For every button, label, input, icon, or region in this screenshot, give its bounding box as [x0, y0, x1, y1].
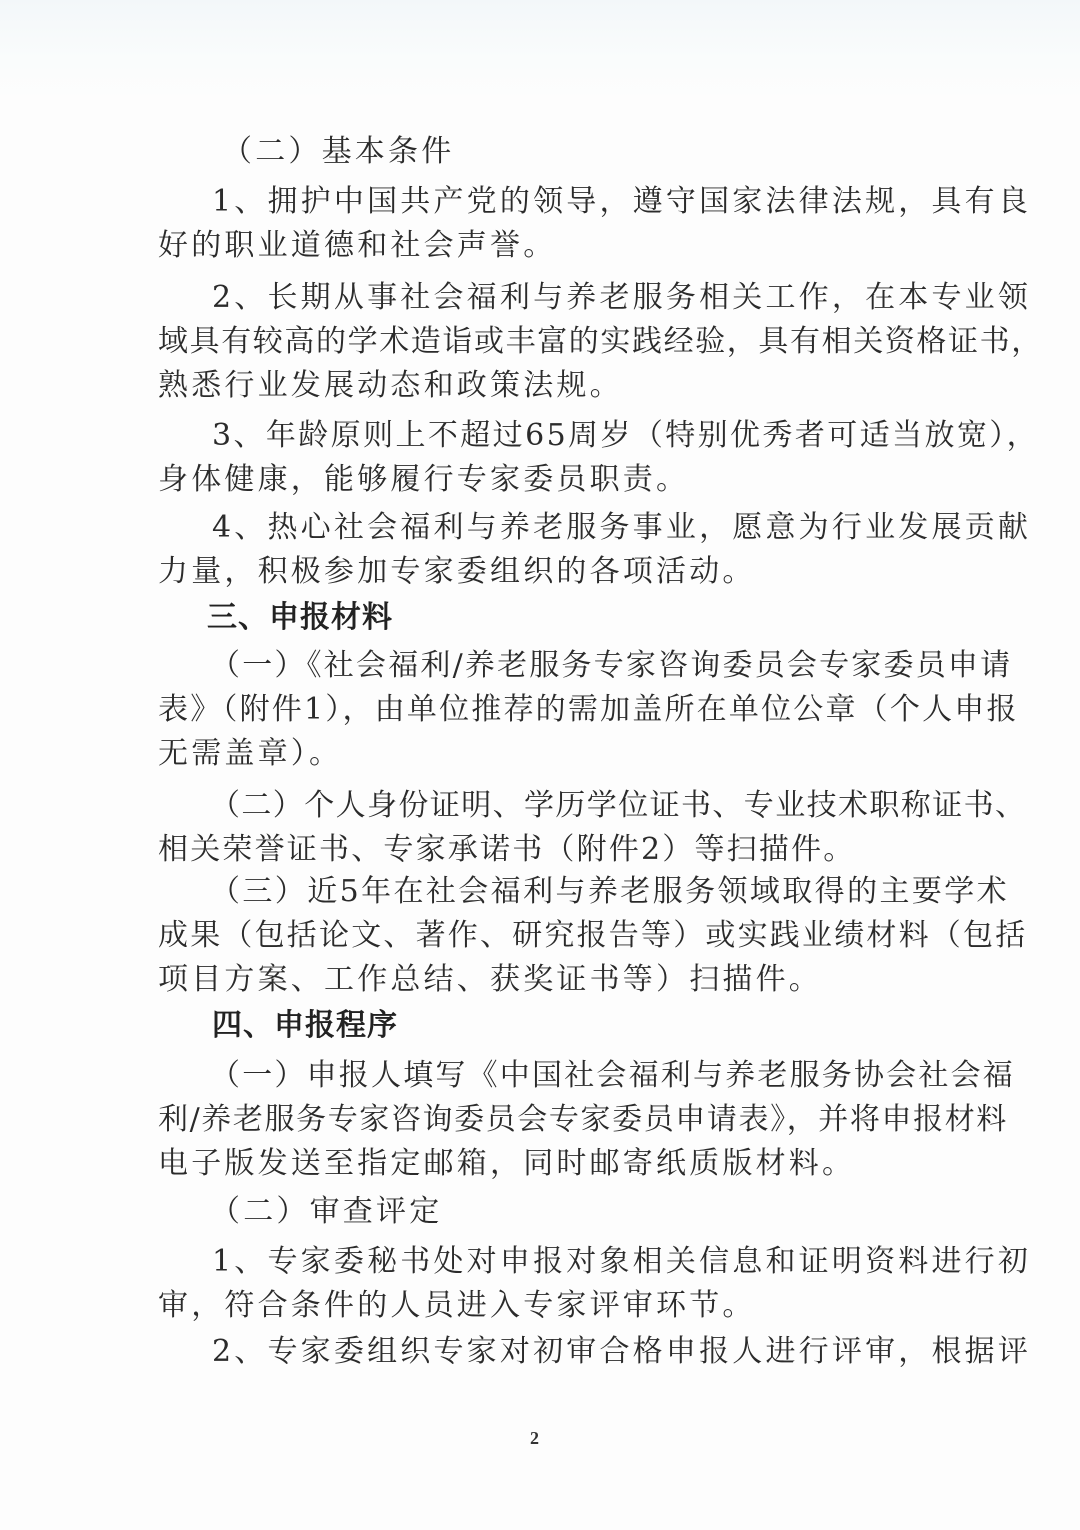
- paragraph-line: 身体健康，能够履行专家委员职责。: [158, 458, 689, 502]
- paragraph-line: 好的职业道德和社会声誉。: [158, 224, 556, 268]
- paragraph-line: 项目方案、工作总结、获奖证书等）扫描件。: [158, 958, 822, 1002]
- paragraph-line: 力量，积极参加专家委组织的各项活动。: [158, 550, 756, 594]
- paragraph-line: 2、长期从事社会福利与养老服务相关工作，在本专业领: [212, 276, 1031, 320]
- paragraph-line: 成果（包括论文、著作、研究报告等）或实践业绩材料（包括: [158, 914, 1027, 958]
- paragraph-line: 利/养老服务专家咨询委员会专家委员申请表》，并将申报材料: [158, 1098, 1008, 1142]
- paragraph-line: 表》（附件1），由单位推荐的需加盖所在单位公章（个人申报: [158, 688, 1019, 732]
- paragraph-line: 电子版发送至指定邮箱，同时邮寄纸质版材料。: [158, 1142, 855, 1186]
- subheading-review: （二）审查评定: [210, 1190, 442, 1234]
- paragraph-line: 3、年龄原则上不超过65周岁（特别优秀者可适当放宽），: [212, 414, 1039, 458]
- paragraph-line: 1、拥护中国共产党的领导，遵守国家法律法规，具有良: [212, 180, 1031, 224]
- paragraph-line: 熟悉行业发展动态和政策法规。: [158, 364, 623, 408]
- paragraph-line: 域具有较高的学术造诣或丰富的实践经验，具有相关资格证书，: [158, 320, 1043, 364]
- paragraph-line: 审，符合条件的人员进入专家评审环节。: [158, 1284, 756, 1328]
- paragraph-line: （一）申报人填写《中国社会福利与养老服务协会社会福: [210, 1054, 1015, 1098]
- section-heading-procedure: 四、申报程序: [212, 1004, 398, 1048]
- subheading-basic-conditions: （二）基本条件: [222, 130, 454, 174]
- document-page: （二）基本条件 1、拥护中国共产党的领导，遵守国家法律法规，具有良 好的职业道德…: [0, 0, 1080, 1530]
- section-heading-materials: 三、申报材料: [207, 596, 393, 640]
- paragraph-line: 2、专家委组织专家对初审合格申报人进行评审，根据评: [212, 1330, 1031, 1374]
- page-number: 2: [530, 1428, 539, 1449]
- paragraph-line: 1、专家委秘书处对申报对象相关信息和证明资料进行初: [212, 1240, 1031, 1284]
- paragraph-line: （三）近5年在社会福利与养老服务领域取得的主要学术: [210, 870, 1009, 914]
- paragraph-line: （二）个人身份证明、学历学位证书、专业技术职称证书、: [210, 784, 1026, 828]
- paragraph-line: 4、热心社会福利与养老服务事业，愿意为行业发展贡献: [212, 506, 1031, 550]
- paragraph-line: （一）《社会福利/养老服务专家咨询委员会专家委员申请: [210, 644, 1012, 688]
- paragraph-line: 无需盖章）。: [158, 732, 342, 776]
- paragraph-line: 相关荣誉证书、专家承诺书（附件2）等扫描件。: [158, 828, 856, 872]
